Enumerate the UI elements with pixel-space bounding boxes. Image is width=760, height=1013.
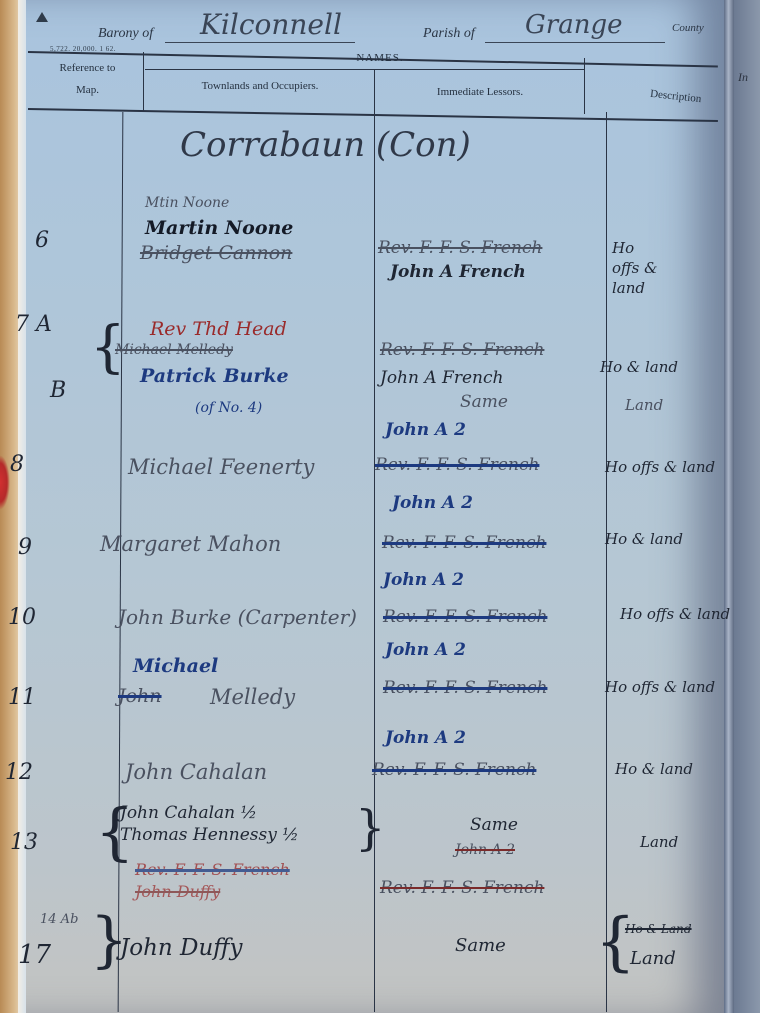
description: Land: [625, 396, 663, 414]
description: Land: [640, 833, 678, 851]
parish-underline: [485, 42, 665, 43]
ref-9: 9: [18, 535, 32, 560]
occupier-struck: Bridget Cannon: [140, 242, 292, 264]
occupier-name: Margaret Mahon: [100, 532, 281, 556]
occupier-note: Mtin Noone: [145, 195, 229, 211]
description: Ho & land: [605, 530, 683, 548]
lessor-struck: Rev. F. F. S. French: [372, 760, 536, 780]
col-divider-3: [584, 58, 585, 114]
lessor-new: John A 2: [392, 493, 473, 513]
lessor-new: John A 2: [385, 728, 466, 748]
ref-8: 8: [10, 452, 24, 477]
lessor-name: John A French: [380, 368, 503, 388]
lessor-same: Same: [460, 392, 508, 412]
bracket: }: [355, 800, 386, 856]
barony-label: Barony of: [98, 26, 153, 42]
body-col-divider-3: [606, 112, 607, 1012]
body-col-divider-2: [374, 112, 375, 1012]
lessor-same: Same: [455, 935, 506, 956]
ref-13: 13: [10, 830, 38, 855]
facing-page-fragment: In: [738, 70, 748, 85]
lessor-struck: Rev. F. F. S. French: [378, 238, 542, 258]
ref-10: 10: [8, 605, 36, 630]
ref-12: 12: [5, 760, 33, 785]
occupier-note: (of No. 4): [195, 400, 262, 416]
page-edge: [18, 0, 26, 1013]
lessors-heading: Immediate Lessors.: [380, 86, 580, 98]
parish-value: Grange: [525, 10, 622, 40]
ref-17: 17: [18, 940, 51, 970]
barony-underline: [165, 42, 355, 43]
col-divider-2: [374, 70, 375, 112]
lessor-name: John A French: [390, 262, 526, 282]
lessor-struck: Rev. F. F. S. French: [380, 878, 544, 898]
names-rule: [145, 69, 585, 70]
county-label: County: [672, 22, 704, 34]
lessor-struck-small: John A 2: [455, 842, 515, 858]
lessor-struck: Rev. F. F. S. French: [375, 455, 539, 475]
occupier-struck: John Duffy: [135, 882, 220, 901]
occupier-name: John Burke (Carpenter): [118, 605, 357, 629]
description: Ho offs & land: [612, 238, 662, 298]
facing-page: In: [734, 0, 760, 1013]
col-divider-1: [143, 52, 144, 112]
occupier-line1: John Cahalan ½: [120, 803, 257, 823]
description: Ho & land: [600, 358, 678, 376]
occupier-name: Michael Feenerty: [128, 455, 314, 479]
description: Ho & land: [615, 760, 693, 778]
townland-heading: Corrabaun (Con): [180, 125, 471, 165]
occupier-name: Martin Noone: [145, 217, 293, 239]
finger-at-edge: [0, 455, 10, 510]
occupier-struck: Michael Melledy: [115, 342, 233, 358]
ref-heading-1: Reference to: [40, 62, 135, 74]
occupier-name: Melledy: [210, 685, 295, 709]
lessor-same: Same: [470, 815, 518, 835]
occupier-name: Patrick Burke: [140, 365, 289, 387]
occupier-red: Rev Thd Head: [150, 318, 287, 340]
lessor-struck: Rev. F. F. S. French: [383, 678, 547, 698]
lessor-new: John A 2: [383, 570, 464, 590]
barony-value: Kilconnell: [200, 8, 342, 41]
ref-7b: B: [50, 378, 66, 403]
lessor-new: John A 2: [385, 420, 466, 440]
ref-7a: 7 A: [15, 312, 52, 337]
description: Ho offs & land: [605, 678, 715, 696]
occupier-name: John Duffy: [120, 935, 243, 961]
lessor-struck: Rev. F. F. S. French: [382, 533, 546, 553]
lessor-new: John A 2: [385, 640, 466, 660]
occupier-struck: Rev. F. F. S. French: [135, 860, 290, 879]
description: Ho offs & land: [620, 605, 730, 623]
townlands-heading: Townlands and Occupiers.: [150, 80, 370, 92]
lessor-struck: Rev. F. F. S. French: [383, 607, 547, 627]
description: Ho offs & land: [605, 458, 715, 476]
ref-heading-2: Map.: [40, 84, 135, 96]
description-struck: Ho & Land: [625, 922, 692, 936]
names-heading: NAMES.: [340, 52, 420, 64]
occupier-line2: Thomas Hennessy ½: [120, 825, 299, 845]
lessor-struck: Rev. F. F. S. French: [380, 340, 544, 360]
description: Land: [630, 948, 676, 969]
ref-note: 14 Ab: [40, 912, 78, 927]
book-spine: [724, 0, 734, 1013]
occupier-new: Michael: [133, 655, 218, 677]
ref-6: 6: [35, 228, 49, 253]
crown-stamp-icon: [36, 12, 48, 22]
occupier-struck: John: [118, 685, 162, 707]
parish-label: Parish of: [423, 26, 475, 42]
occupier-name: John Cahalan: [125, 760, 267, 784]
ref-11: 11: [8, 685, 36, 710]
